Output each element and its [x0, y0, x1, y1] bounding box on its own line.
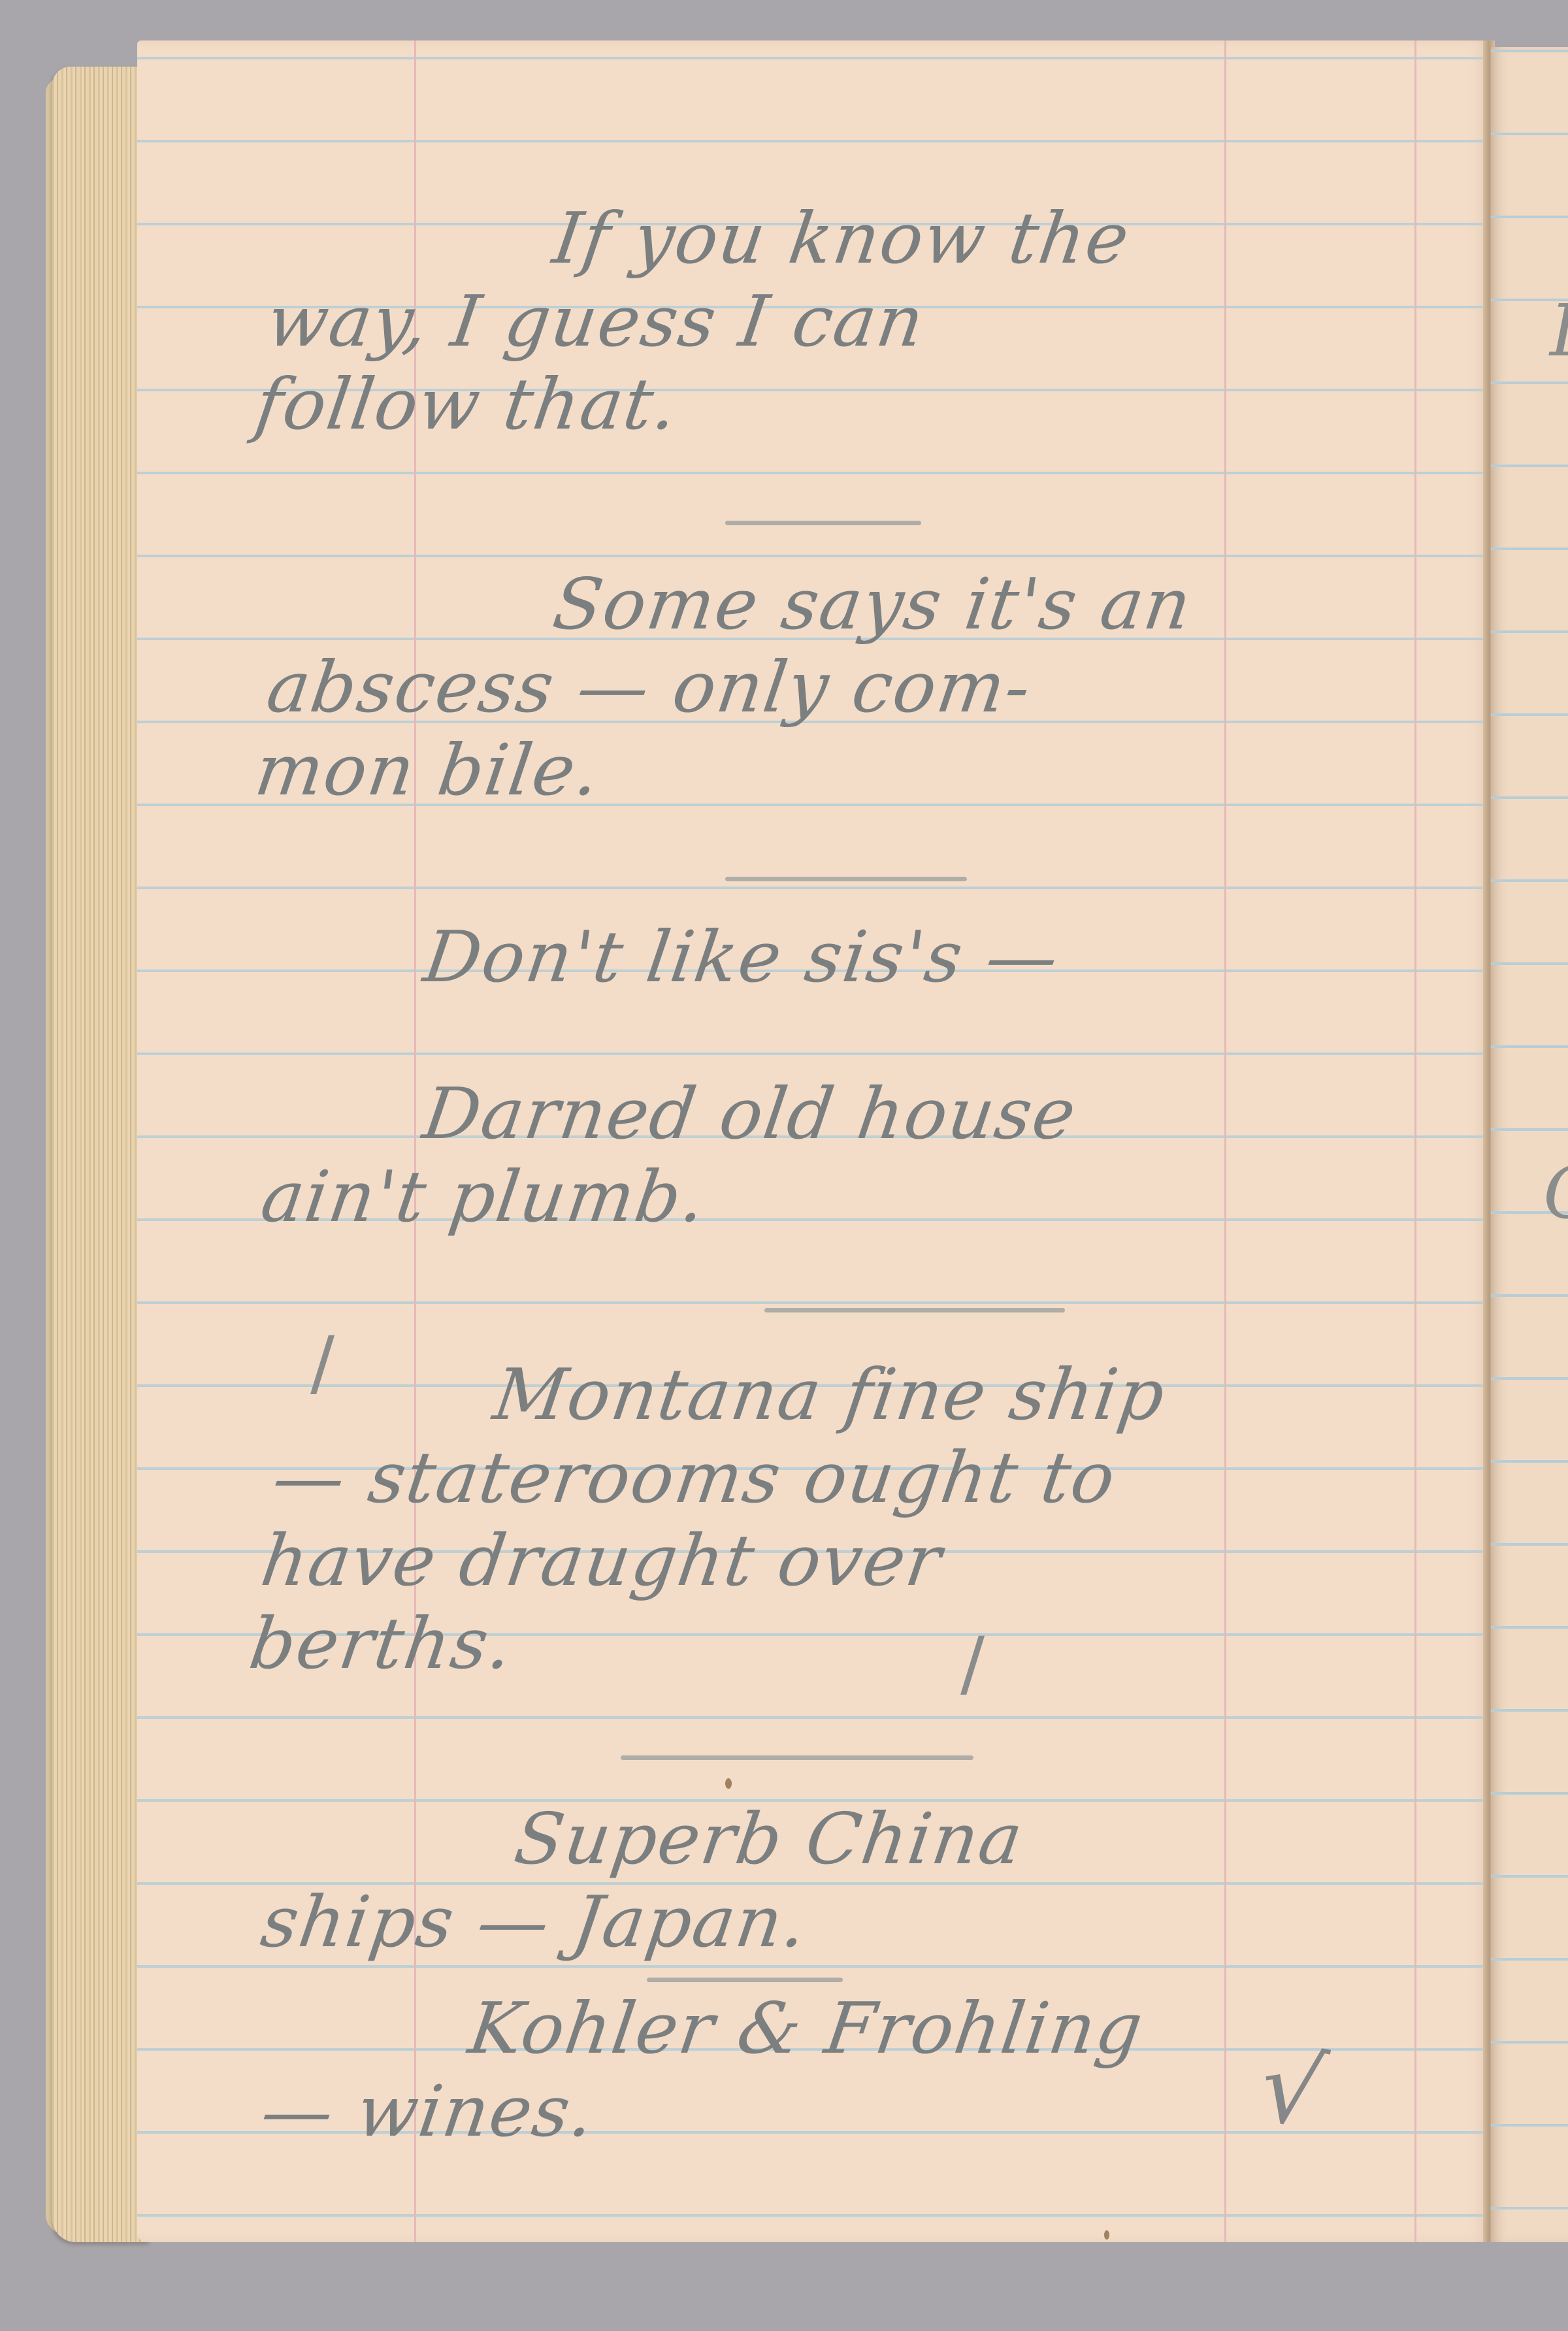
- page-block-edges: [52, 67, 150, 2242]
- entry-montana-ship: Montana fine ship — staterooms ought to …: [244, 1354, 1171, 1686]
- separator-line: [621, 1755, 973, 1760]
- right-page-fragment: C: [1543, 1151, 1568, 1235]
- entry-follow-the-way: If you know the way, I guess I can follo…: [250, 197, 1135, 446]
- left-page: If you know the way, I guess I can follo…: [137, 41, 1491, 2242]
- open-notebook: If you know the way, I guess I can follo…: [46, 41, 1568, 2249]
- ruled-lines: [1491, 47, 1568, 2242]
- tick-mark: /: [960, 1622, 985, 1705]
- entry-abscess: Some says it's an abscess — only com- mo…: [250, 563, 1197, 812]
- right-page-fragment: I: [1550, 289, 1568, 372]
- separator-line: [647, 1978, 843, 1982]
- right-page: I C: [1491, 47, 1568, 2242]
- paper-stain: [1104, 2230, 1109, 2240]
- separator-line: [725, 877, 967, 881]
- entry-darned-old-house: Darned old house ain't plumb.: [256, 1073, 1082, 1239]
- right-margin-line-1: [1224, 41, 1226, 2242]
- right-margin-line-2: [1414, 41, 1416, 2242]
- separator-line: [764, 1308, 1065, 1312]
- entry-kohler-frohling: Kohler & Frohling — wines.: [256, 1987, 1149, 2153]
- paper-stain: [725, 1778, 732, 1789]
- entry-superb-china: Superb China ships — Japan.: [256, 1798, 1028, 1964]
- entry-sis: Don't like sis's —: [419, 916, 1064, 999]
- separator-line: [725, 521, 921, 525]
